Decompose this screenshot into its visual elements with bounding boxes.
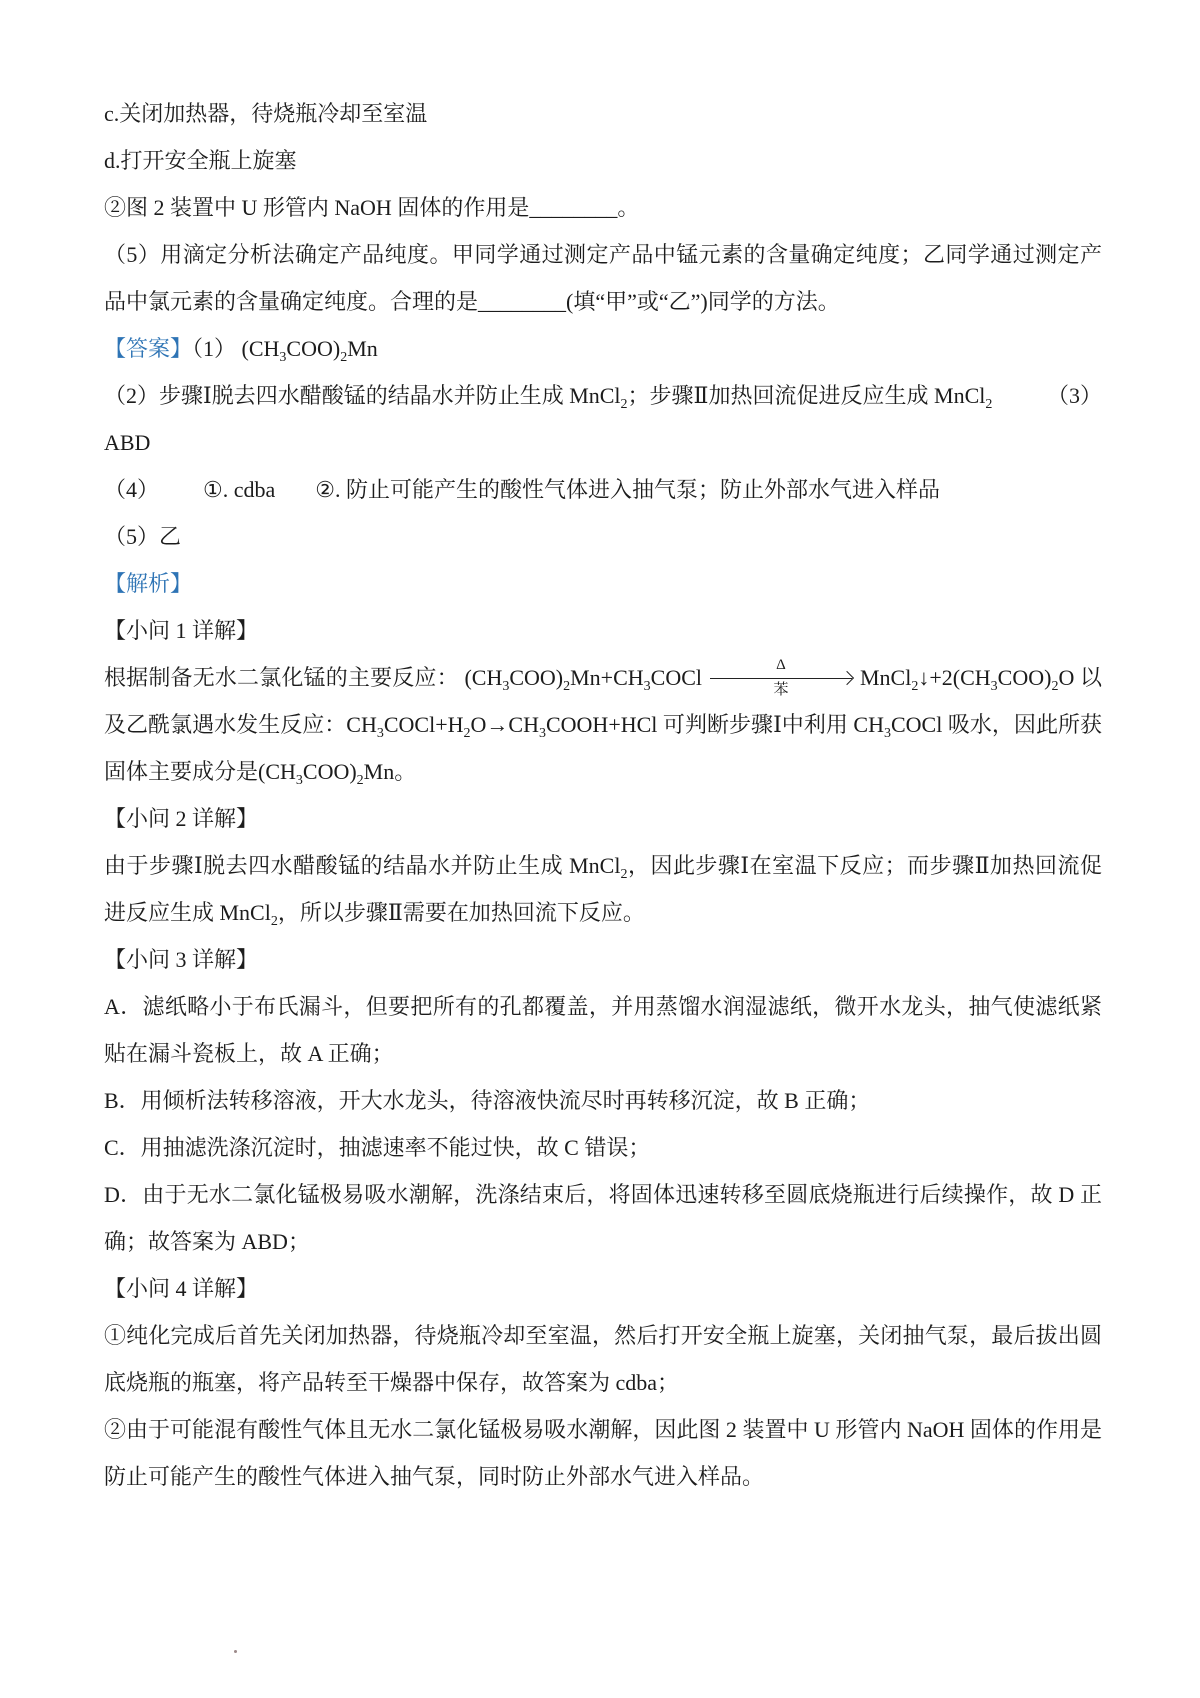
text-run: ①. cdba (203, 477, 275, 502)
paragraph: 【小问 1 详解】 (104, 607, 1102, 654)
paragraph: 根据制备无水二氯化锰的主要反应： (CH3COO)2Mn+CH3COClΔ苯Mn… (104, 654, 1102, 795)
text-run: （2）步骤Ⅰ脱去四水醋酸锰的结晶水并防止生成 MnCl (104, 383, 621, 408)
text-run: COCl+H (384, 712, 464, 737)
subscript: 3 (884, 726, 891, 741)
text-run: 由于步骤Ⅰ脱去四水醋酸锰的结晶水并防止生成 MnCl (104, 853, 620, 878)
paragraph: 【小问 2 详解】 (104, 795, 1102, 842)
subscript: 2 (271, 914, 278, 929)
paragraph: ABD (104, 419, 1102, 466)
spacer (275, 496, 315, 497)
arrow-condition-bottom: 苯 (710, 682, 852, 699)
paragraph: 【答案】（1） (CH3COO)2Mn (104, 325, 1102, 372)
paragraph: 【小问 3 详解】 (104, 936, 1102, 983)
paragraph: d.打开安全瓶上旋塞 (104, 137, 1102, 184)
right-aligned-run: （3） (1047, 372, 1102, 419)
paragraph: ①纯化完成后首先关闭加热器，待烧瓶冷却至室温，然后打开安全瓶上旋塞，关闭抽气泵，… (104, 1312, 1102, 1406)
subscript: 3 (296, 773, 303, 788)
text-run: （4） (104, 477, 159, 502)
paragraph: D．由于无水二氯化锰极易吸水潮解，洗涤结束后，将固体迅速转移至圆底烧瓶进行后续操… (104, 1171, 1102, 1265)
text-run: ↓+2(CH (918, 665, 990, 690)
text-run: COO) (509, 665, 563, 690)
subscript: 3 (644, 679, 651, 694)
text-run: c.关闭加热器，待烧瓶冷却至室温 (104, 101, 427, 126)
text-run: ②图 2 装置中 U 形管内 NaOH 固体的作用是________。 (104, 195, 639, 220)
text-run: Mn。 (364, 759, 417, 784)
text-run: ①纯化完成后首先关闭加热器，待烧瓶冷却至室温，然后打开安全瓶上旋塞，关闭抽气泵，… (104, 1323, 1102, 1395)
subscript: 2 (985, 397, 992, 412)
subscript: 2 (357, 773, 364, 788)
paragraph: ②图 2 装置中 U 形管内 NaOH 固体的作用是________。 (104, 184, 1102, 231)
paragraph: c.关闭加热器，待烧瓶冷却至室温 (104, 90, 1102, 137)
text-run: COOH+HCl 可判断步骤Ⅰ中利用 CH (546, 712, 884, 737)
paragraph: （5）用滴定分析法确定产品纯度。甲同学通过测定产品中锰元素的含量确定纯度；乙同学… (104, 231, 1102, 325)
paragraph: B．用倾析法转移溶液，开大水龙头，待溶液快流尽时再转移沉淀，故 B 正确； (104, 1077, 1102, 1124)
text-run: A．滤纸略小于布氏漏斗，但要把所有的孔都覆盖，并用蒸馏水润湿滤纸，微开水龙头，抽… (104, 994, 1102, 1066)
text-run: ABD (104, 430, 150, 455)
paragraph: 【小问 4 详解】 (104, 1265, 1102, 1312)
text-run: 【小问 2 详解】 (104, 806, 258, 831)
scan-artifact-dot (234, 1650, 237, 1653)
text-run: Mn+CH (570, 665, 644, 690)
text-run: D．由于无水二氯化锰极易吸水潮解，洗涤结束后，将固体迅速转移至圆底烧瓶进行后续操… (104, 1182, 1102, 1254)
text-run: 根据制备无水二氯化锰的主要反应： (CH (104, 665, 502, 690)
section-label: 【答案】 (104, 336, 192, 361)
text-run: ；步骤Ⅱ加热回流促进反应生成 MnCl (628, 383, 986, 408)
subscript: 3 (377, 726, 384, 741)
paragraph: 由于步骤Ⅰ脱去四水醋酸锰的结晶水并防止生成 MnCl2，因此步骤Ⅰ在室温下反应；… (104, 842, 1102, 936)
arrow-shaft (710, 678, 852, 679)
text-run: 【小问 1 详解】 (104, 618, 258, 643)
text-run: Mn (347, 336, 378, 361)
paragraph: C．用抽滤洗涤沉淀时，抽滤速率不能过快，故 C 错误； (104, 1124, 1102, 1171)
subscript: 2 (464, 726, 471, 741)
text-run: C．用抽滤洗涤沉淀时，抽滤速率不能过快，故 C 错误； (104, 1135, 650, 1160)
text-run: ，所以步骤Ⅱ需要在加热回流下反应。 (278, 900, 645, 925)
arrow-condition-top: Δ (710, 657, 852, 674)
paragraph: ②由于可能混有酸性气体且无水二氯化锰极易吸水潮解，因此图 2 装置中 U 形管内… (104, 1406, 1102, 1500)
paragraph: （3）（2）步骤Ⅰ脱去四水醋酸锰的结晶水并防止生成 MnCl2；步骤Ⅱ加热回流促… (104, 372, 1102, 419)
paragraph: 【解析】 (104, 560, 1102, 607)
reaction-arrow: Δ苯 (710, 657, 852, 699)
text-run: （5）乙 (104, 524, 181, 549)
text-run: COO) (286, 336, 340, 361)
text-run: B．用倾析法转移溶液，开大水龙头，待溶液快流尽时再转移沉淀，故 B 正确； (104, 1088, 870, 1113)
section-label: 【解析】 (104, 571, 192, 596)
subscript: 3 (991, 679, 998, 694)
text-run: 【小问 4 详解】 (104, 1276, 258, 1301)
text-run: （1） (CH (192, 336, 279, 361)
subscript: 3 (539, 726, 546, 741)
text-run: ②由于可能混有酸性气体且无水二氯化锰极易吸水潮解，因此图 2 装置中 U 形管内… (104, 1417, 1102, 1489)
text-run: d.打开安全瓶上旋塞 (104, 148, 297, 173)
text-run: COO) (303, 759, 357, 784)
text-run: COO) (998, 665, 1052, 690)
text-run: ②. 防止可能产生的酸性气体进入抽气泵；防止外部水气进入样品 (315, 477, 940, 502)
paragraph: （4）①. cdba②. 防止可能产生的酸性气体进入抽气泵；防止外部水气进入样品 (104, 466, 1102, 513)
paragraph: A．滤纸略小于布氏漏斗，但要把所有的孔都覆盖，并用蒸馏水润湿滤纸，微开水龙头，抽… (104, 983, 1102, 1077)
document-body: c.关闭加热器，待烧瓶冷却至室温d.打开安全瓶上旋塞②图 2 装置中 U 形管内… (0, 0, 1200, 1500)
text-run: MnCl (860, 665, 911, 690)
spacer (159, 496, 203, 497)
paragraph: （5）乙 (104, 513, 1102, 560)
text-run: O→CH (471, 712, 539, 737)
text-run: COCl (651, 665, 702, 690)
subscript: 2 (621, 397, 628, 412)
text-run: 【小问 3 详解】 (104, 947, 258, 972)
text-run: （5）用滴定分析法确定产品纯度。甲同学通过测定产品中锰元素的含量确定纯度；乙同学… (104, 242, 1102, 314)
